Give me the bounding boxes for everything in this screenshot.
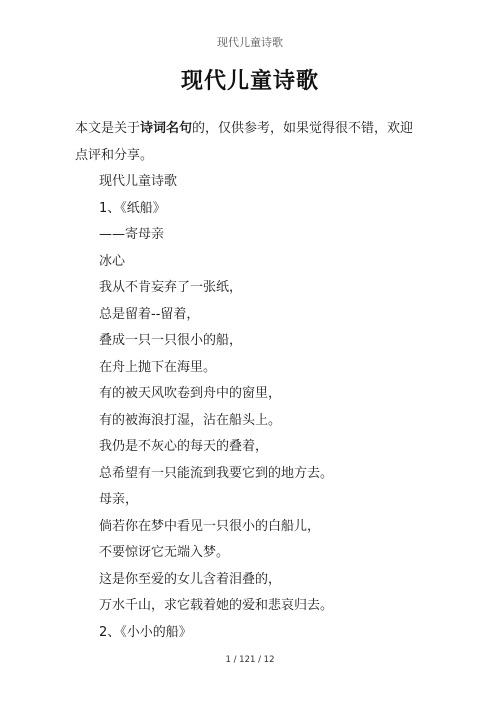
section-heading: 现代儿童诗歌 (99, 169, 419, 196)
poem-line: 万水千山，求它载着她的爱和悲哀归去。 (99, 593, 419, 620)
page-number: 1 / 121 / 12 (0, 655, 500, 665)
poem-line: 有的被海浪打湿，沾在船头上。 (99, 408, 419, 435)
poem-line: 总希望有一只能流到我要它到的地方去。 (99, 461, 419, 488)
poem-line: 在舟上抛下在海里。 (99, 355, 419, 382)
poem-line: 不要惊讶它无端入梦。 (99, 540, 419, 567)
poem-subtitle: ——寄母亲 (99, 222, 419, 249)
poem-line: 这是你至爱的女儿含着泪叠的， (99, 567, 419, 594)
poem-body: 现代儿童诗歌 1、《纸船》 ——寄母亲 冰心 我从不肯妄弃了一张纸， 总是留着-… (99, 169, 419, 646)
poem-line: 我仍是不灰心的每天的叠着， (99, 434, 419, 461)
poem-line: 总是留着--留着， (99, 302, 419, 329)
poem-line: 有的被天风吹卷到舟中的窗里， (99, 381, 419, 408)
poem-line: 倘若你在梦中看见一只很小的白船儿， (99, 514, 419, 541)
poem-line: 我从不肯妄弃了一张纸， (99, 275, 419, 302)
poem-author: 冰心 (99, 249, 419, 276)
running-header: 现代儿童诗歌 (0, 34, 500, 50)
poem-title: 2、《小小的船》 (99, 620, 419, 647)
poem-line: 母亲， (99, 487, 419, 514)
intro-paragraph: 本文是关于诗词名句的，仅供参考，如果觉得很不错，欢迎点评和分享。 (75, 116, 425, 169)
intro-text-before: 本文是关于 (75, 121, 140, 136)
poem-title: 1、《纸船》 (99, 196, 419, 223)
poem-line: 叠成一只一只很小的船， (99, 328, 419, 355)
intro-keyword-bold: 诗词名句 (140, 121, 192, 136)
document-title: 现代儿童诗歌 (0, 64, 500, 95)
